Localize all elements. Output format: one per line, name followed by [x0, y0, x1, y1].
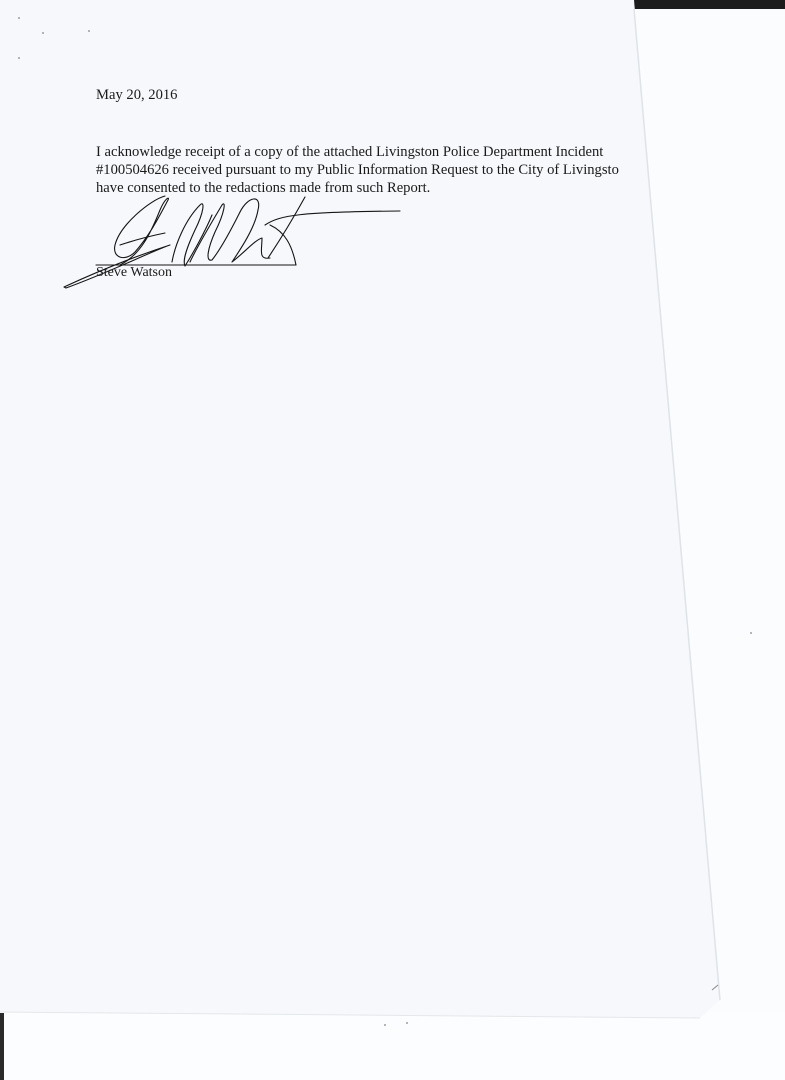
letter-date: May 20, 2016 [96, 87, 177, 104]
scan-speck [18, 17, 20, 19]
paragraph-line: I acknowledge receipt of a copy of the a… [96, 143, 652, 161]
acknowledgement-paragraph: I acknowledge receipt of a copy of the a… [96, 143, 656, 197]
scan-speck [406, 1022, 408, 1024]
paragraph-line: have consented to the redactions made fr… [96, 179, 652, 197]
scanner-background-left [0, 1013, 4, 1080]
scan-speck [384, 1024, 386, 1026]
scan-speck [18, 57, 20, 59]
scan-speck [750, 632, 752, 634]
lower-sheet [0, 1012, 785, 1080]
scan-speck [42, 32, 44, 34]
paragraph-line: #100504626 received pursuant to my Publi… [96, 161, 652, 179]
scan-speck [88, 30, 90, 32]
scanner-background [634, 0, 785, 9]
signatory-name: Steve Watson [96, 265, 172, 281]
